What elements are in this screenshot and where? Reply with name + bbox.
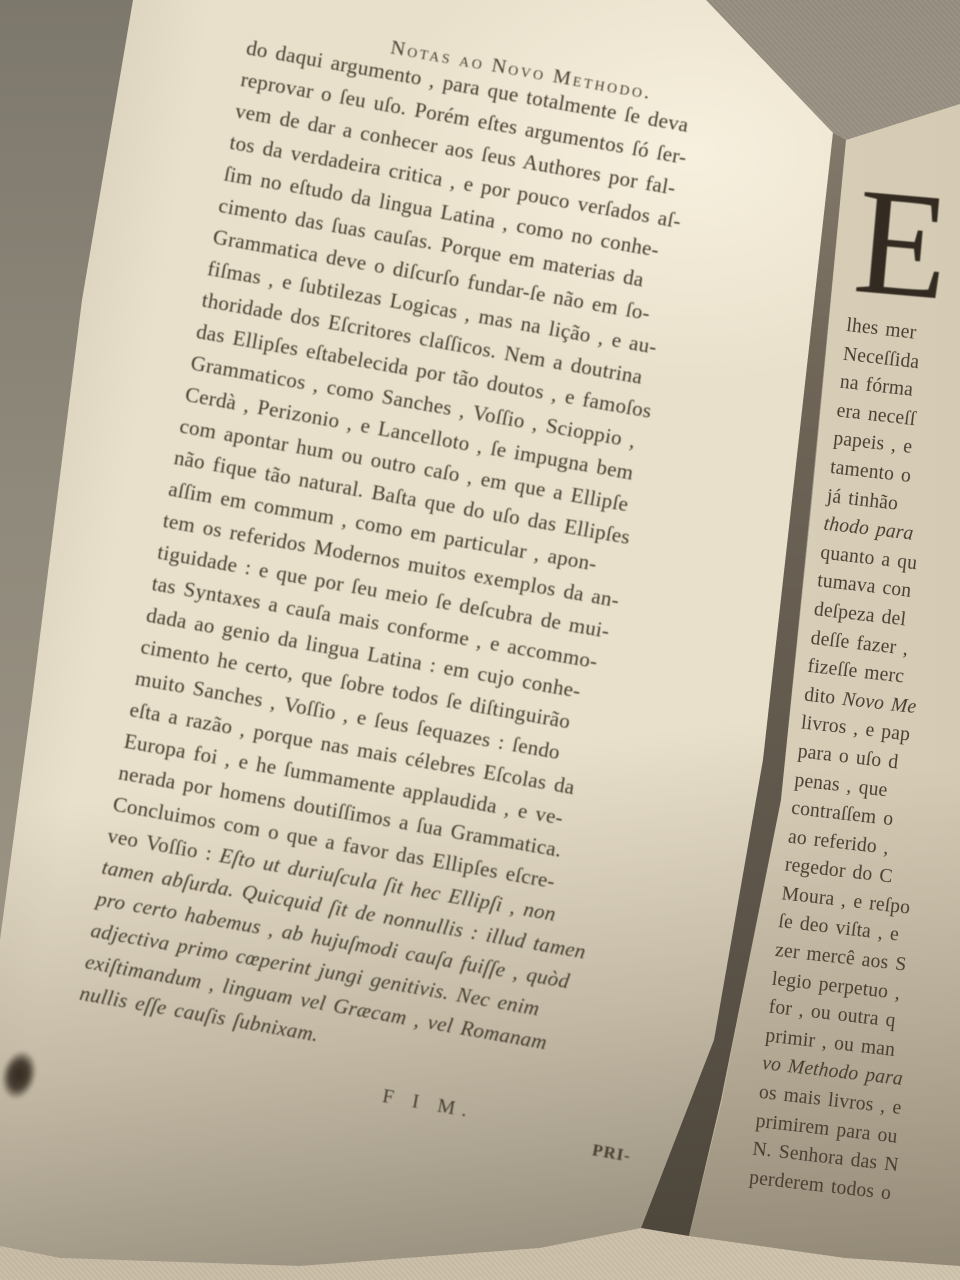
catchword: PRI- [591,1140,633,1166]
text-roman: era neceſſ [836,400,917,430]
text-roman: na fórma [839,372,914,401]
text-roman: papeis , e [832,429,913,459]
text-roman: Neceſſida [842,343,920,373]
text-roman: lhes mer [845,315,917,344]
left-page-body: do daqui argumento , para que totalmente… [77,32,793,1105]
text-roman: tamento o [829,457,912,487]
text-roman: já tinhão [826,485,899,514]
left-page-text: Notas ao Novo Methodo. do daqui argument… [59,0,798,1205]
drop-cap-initial: E [850,164,956,324]
old-book-photo: Notas ao Novo Methodo. do daqui argument… [0,0,960,1280]
text-roman: dito [803,684,843,709]
ink-blot [0,1046,42,1103]
text-italic: Novo Me [841,689,917,718]
fim-label: F I M. [381,1085,476,1124]
